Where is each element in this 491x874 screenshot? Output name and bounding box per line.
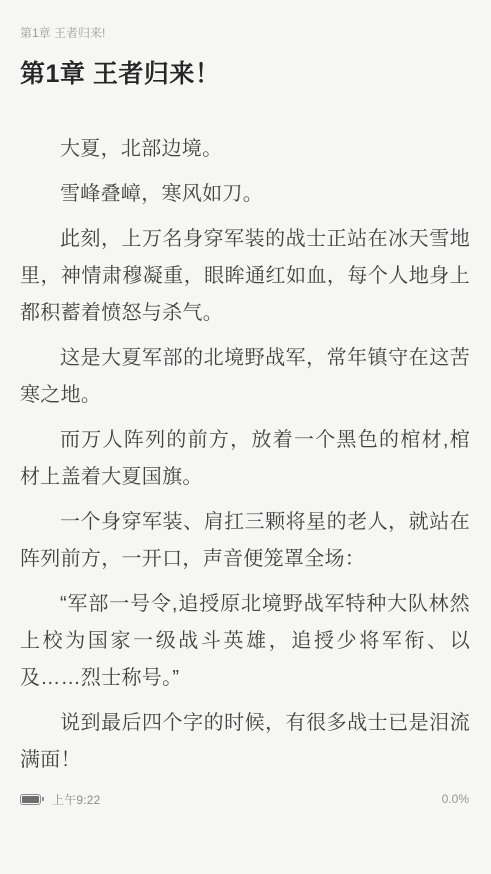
chapter-header-label: 第1章 王者归来!: [20, 26, 471, 40]
battery-level-fill: [22, 796, 39, 803]
reading-progress: 0.0%: [442, 792, 469, 806]
paragraph: 一个身穿军装、肩扛三颗将星的老人，就站在阵列前方，一开口，声音便笼罩全场：: [20, 504, 470, 578]
paragraph: 这是大夏军部的北境野战军，常年镇守在这苦寒之地。: [20, 340, 470, 414]
chapter-title: 第1章 王者归来！: [20, 58, 471, 90]
chapter-content[interactable]: 大夏，北部边境。 雪峰叠嶂，寒风如刀。 此刻，上万名身穿军装的战士正站在冰天雪地…: [20, 131, 470, 787]
battery-icon: [20, 794, 41, 805]
battery-cap: [42, 797, 44, 801]
reader-page[interactable]: 第1章 王者归来! 第1章 王者归来！ 大夏，北部边境。 雪峰叠嶂，寒风如刀。 …: [0, 0, 491, 874]
paragraph: “军部一号令,追授原北境野战军特种大队林然上校为国家一级战斗英雄，追授少将军衔、…: [20, 586, 470, 697]
paragraph: 此刻，上万名身穿军装的战士正站在冰天雪地里，神情肃穆凝重，眼眸通红如血，每个人地…: [20, 221, 470, 332]
paragraph: 雪峰叠嶂，寒风如刀。: [20, 176, 470, 213]
paragraph: 而万人阵列的前方，放着一个黑色的棺材,棺材上盖着大夏国旗。: [20, 422, 470, 496]
clock-time: 上午9:22: [52, 791, 101, 808]
paragraph: 大夏，北部边境。: [20, 131, 470, 168]
status-bar: 上午9:22 0.0%: [20, 789, 469, 809]
paragraph: 说到最后四个字的时候，有很多战士已是泪流满面！: [20, 705, 470, 779]
